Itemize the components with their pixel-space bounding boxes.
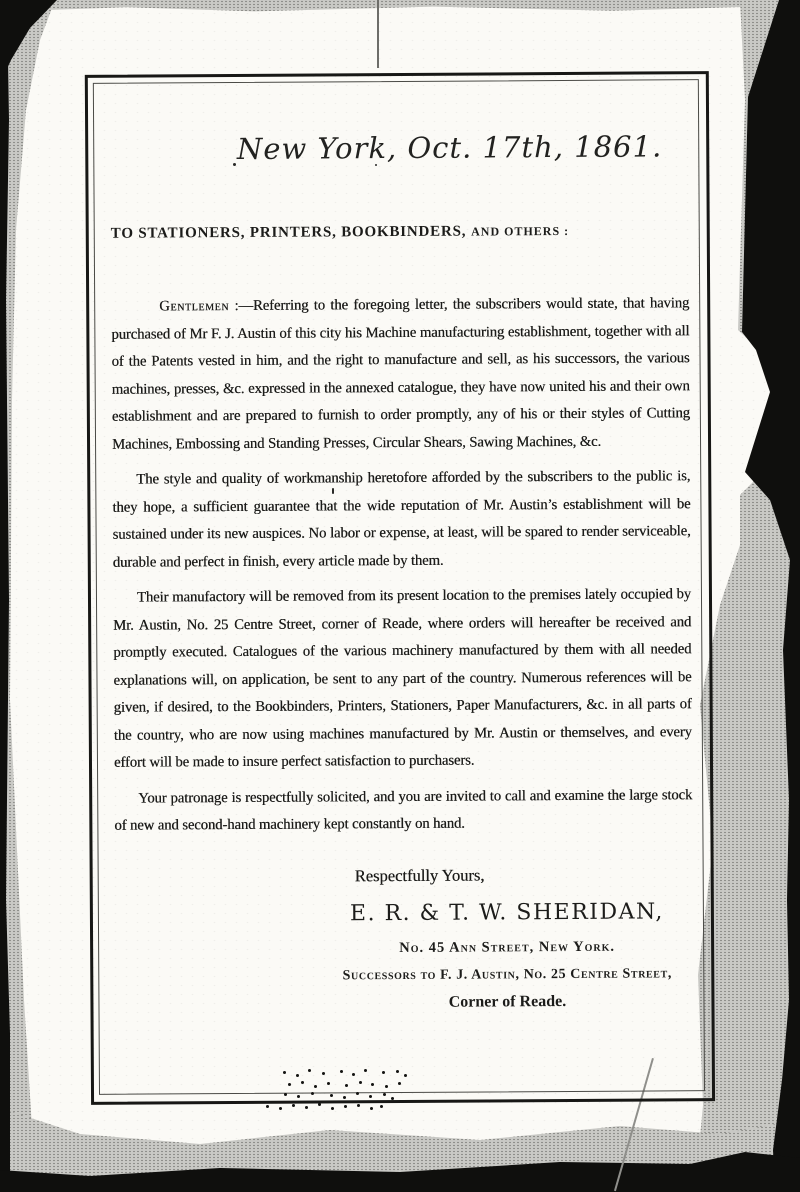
closing: Respectfully Yours,	[355, 863, 693, 887]
paragraph-2-text: The style and quality of workmanship her…	[112, 468, 690, 570]
paragraph-3-text: Their manufactory will be removed from i…	[113, 586, 692, 771]
paragraph-4-text: Your patronage is respectfully solicited…	[114, 787, 692, 834]
paragraph-2: The style and quality of workmanship her…	[112, 463, 691, 577]
paragraph-1-text: :—Referring to the foregoing letter, the…	[111, 295, 690, 452]
paragraph-4: Your patronage is respectfully solicited…	[114, 782, 692, 841]
signature-block: E. R. & T. W. SHERIDAN, No. 45 Ann Stree…	[327, 897, 688, 1015]
address-line-2: Successors to F. J. Austin, No. 25 Centr…	[327, 961, 687, 989]
salutation-suffix: AND OTHERS :	[471, 224, 569, 239]
signature-name: E. R. & T. W. SHERIDAN,	[327, 897, 687, 929]
salutation-main: TO STATIONERS, PRINTERS, BOOKBINDERS,	[111, 224, 467, 242]
paragraph-3: Their manufactory will be removed from i…	[113, 581, 692, 777]
scanned-page: New York, Oct. 17th, 1861. TO STATIONERS…	[0, 0, 800, 1192]
letter: New York, Oct. 17th, 1861. TO STATIONERS…	[0, 0, 800, 1192]
paragraph-1-lead: Gentlemen	[159, 298, 229, 314]
letter-content: New York, Oct. 17th, 1861. TO STATIONERS…	[110, 126, 693, 1016]
address-line-3: Corner of Reade.	[327, 989, 687, 1015]
salutation: TO STATIONERS, PRINTERS, BOOKBINDERS, AN…	[111, 220, 689, 244]
address-line-1: No. 45 Ann Street, New York.	[327, 933, 687, 961]
dateline: New York, Oct. 17th, 1861.	[110, 126, 688, 170]
paragraph-1: Gentlemen :—Referring to the foregoing l…	[111, 290, 690, 459]
